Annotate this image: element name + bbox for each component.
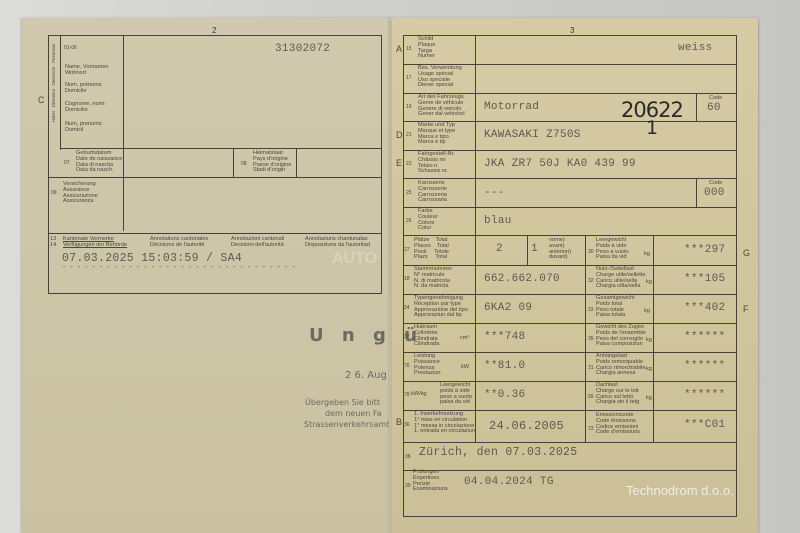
row-25-number: 25 xyxy=(406,190,412,196)
field-32-number: 32 xyxy=(588,278,594,284)
side-marker-f: F xyxy=(743,304,749,314)
power-weight-value: **0.36 xyxy=(484,389,525,401)
field-31-number: 31 xyxy=(588,365,594,371)
plate-label: Schild Plaque Targa Numer xyxy=(418,37,435,60)
vehicle-type-value: Motorrad xyxy=(484,101,539,113)
total-weight-label: Gesamtgewicht Poids total Peso totale Pa… xyxy=(596,296,635,319)
payload-unit: kg xyxy=(646,279,652,285)
color-label: Farbe Couleur Colore Colur xyxy=(418,209,438,232)
field-78-number: 78 xyxy=(404,392,410,398)
emission-code-label: Emissionscode Code émissions Codice emis… xyxy=(596,413,640,436)
field-13-14-number: 13 14 xyxy=(50,237,56,249)
power-weight-label: Leergewicht poids à vide peso a vuoto pa… xyxy=(440,383,472,406)
field-24-number: 24 xyxy=(404,305,410,311)
ghost-watermark: AUTO xyxy=(332,250,377,268)
divider xyxy=(403,442,737,443)
front-seats-label: vorne) avant) anteriori) davant) xyxy=(549,238,571,261)
birthdate-label: Geburtsdatum Date de naissance Data di n… xyxy=(76,151,122,174)
divider xyxy=(403,235,737,236)
invalid-stamp-line3: Strassenverkehrsamt xyxy=(304,420,389,429)
vehicle-type-label: Art des Fahrzeugs Genre de véhicule Gene… xyxy=(418,95,465,118)
field-01-06-value: 31302072 xyxy=(275,43,330,55)
handwritten-mark: 1 xyxy=(646,117,658,139)
dashed-line: - - - - - - - - - - - - - - - - - - - - … xyxy=(62,264,295,272)
payload-label: Nutz-/Sattellast Charge utile/sellette C… xyxy=(596,267,645,290)
empty-weight-label: Leergewicht Poids à vide Peso a vuoto Pa… xyxy=(596,238,629,261)
vehicle-type-code-label: Code xyxy=(709,96,722,102)
row-17-number: 17 xyxy=(406,75,412,81)
train-weight-label: Gewicht des Zuges Poids de l'ensemble Pe… xyxy=(596,325,646,348)
emission-code-value: ***C01 xyxy=(684,419,725,431)
field-08-number: 08 xyxy=(241,161,247,167)
side-marker-b: B xyxy=(396,417,402,427)
power-value: **81.0 xyxy=(484,360,525,372)
place-date-value: Zürich, den 07.03.2025 xyxy=(419,446,577,459)
displacement-label: Hubraum Cylindrée Cilindrata Cilindrada xyxy=(414,325,439,348)
invalid-stamp-date: 2 6. Aug xyxy=(345,370,387,381)
field-07-number: 07 xyxy=(64,160,70,166)
code-divider xyxy=(696,93,697,121)
chassis-value: JKA ZR7 50J KA0 439 99 xyxy=(484,158,636,170)
code-divider xyxy=(696,178,697,207)
field-76-number: 76 xyxy=(404,363,410,369)
chassis-label: Fahrgestell-Nr. Châssis no Telaio n. Sch… xyxy=(418,152,455,175)
displacement-unit: cm³ xyxy=(460,335,469,341)
side-marker-g: G xyxy=(743,248,750,258)
color-value: blau xyxy=(484,215,512,227)
divider xyxy=(403,352,737,353)
invalid-stamp-line1: Übergeben Sie bitt xyxy=(305,398,380,407)
divider xyxy=(233,148,234,177)
divider xyxy=(48,177,382,178)
side-marker-c: C xyxy=(38,95,45,105)
field-27-number: 27 xyxy=(404,247,410,253)
cantonal-label-fr: Annotations cantonales Décisions de l'au… xyxy=(150,237,208,249)
roof-load-unit: kg xyxy=(646,395,652,401)
field-01-06-label: 01-06 xyxy=(64,45,77,51)
field-33-number: 33 xyxy=(588,307,594,313)
vehicle-type-code: 60 xyxy=(707,102,721,114)
first-registration-label: 1. Inverkehrsetzung 1° mise en circulati… xyxy=(414,412,475,435)
train-weight-unit: kg xyxy=(646,337,652,343)
empty-weight-value: ***297 xyxy=(684,244,725,256)
make-model-value: KAWASAKI Z750S xyxy=(484,129,581,141)
towing-load-unit: kg xyxy=(646,366,652,372)
power-unit: kW xyxy=(461,364,469,370)
field-18-number: 18 xyxy=(404,276,410,282)
power-weight-unit: kW/kg xyxy=(411,391,427,397)
field-39-number: 39 xyxy=(405,483,411,489)
row-21-number: 21 xyxy=(406,132,412,138)
total-weight-value: ***402 xyxy=(684,302,725,314)
divider xyxy=(60,148,382,149)
front-seats-value: 1 xyxy=(531,243,538,255)
field-35-number: 35 xyxy=(588,336,594,342)
inspection-label: Prüfungen Expertises Perizie Examinaziun… xyxy=(413,470,448,493)
roof-load-value: ****** xyxy=(684,389,725,401)
payload-value: ***105 xyxy=(684,273,725,285)
matriculation-label: Stammnummer N° matricule N. di matricola… xyxy=(414,267,452,290)
column-number-2: 2 xyxy=(212,26,216,35)
side-marker-e: E xyxy=(396,158,402,168)
holder-label-cognome: Cognome, nomi Domicilio xyxy=(65,102,105,114)
cantonal-label-it: Annotazioni cantonali Decisioni dell'aut… xyxy=(231,237,284,249)
body-value: --- xyxy=(484,187,505,199)
inspection-value: 04.04.2024 TG xyxy=(464,476,554,488)
label-column-divider xyxy=(123,35,124,231)
cantonal-label-rm: Annotaziuns chantunalas Disposiziuns da … xyxy=(305,237,370,249)
invalid-stamp-line2: dem neuen Fa xyxy=(325,409,382,418)
holder-label-nom: Nom, prénoms Domicile xyxy=(65,83,102,95)
empty-weight-unit: kg xyxy=(644,251,650,257)
field-09-number: 09 xyxy=(51,190,57,196)
make-model-label: Marke und Typ Marque et type Marca e tip… xyxy=(418,123,455,146)
divider xyxy=(403,265,737,266)
divider xyxy=(403,470,737,471)
column-number-3: 3 xyxy=(570,26,574,35)
insurance-label: Versicherung Assurance Assicurazione Ass… xyxy=(63,182,98,205)
holder-label-name: Name, Vornamen Wohnort xyxy=(65,65,109,77)
seats-label: Plätze Total Places Total Posti Totale P… xyxy=(414,238,449,261)
side-marker-a: A xyxy=(396,44,402,54)
special-use-label: Bes. Verwendung Usage spécial Uso specia… xyxy=(418,66,462,89)
field-37-number: 37 xyxy=(404,334,410,340)
body-code-label: Code xyxy=(709,181,722,187)
field-72-number: 72 xyxy=(588,426,594,432)
towing-load-label: Anhängelast Poids remorquable Carico rim… xyxy=(596,354,645,377)
divider xyxy=(296,148,297,177)
grid-divider xyxy=(527,235,528,265)
type-approval-label: Typengenehmigung Réception par type Appr… xyxy=(414,296,468,319)
holder-vertical-label: Halter · Détenteur · Detentore · Possess… xyxy=(51,43,57,122)
body-code: 000 xyxy=(704,187,725,199)
towing-load-value: ****** xyxy=(684,360,725,372)
cantonal-label-de: Kantonale Vermerke Verfügungen der Behör… xyxy=(63,237,127,249)
matriculation-value: 662.662.070 xyxy=(484,273,560,285)
seats-value: 2 xyxy=(496,243,503,255)
row-23-number: 23 xyxy=(406,161,412,167)
total-weight-unit: kg xyxy=(644,308,650,314)
first-registration-value: 24.06.2005 xyxy=(489,419,564,433)
roof-load-label: Dachlast Charge sur le toit Carico sul t… xyxy=(596,383,639,406)
body-label: Karosserie Carrosserie Carrozzeria Carro… xyxy=(418,181,447,204)
field-30-number: 30 xyxy=(588,249,594,255)
field-55-number: 55 xyxy=(588,394,594,400)
type-approval-value: 6KA2 09 xyxy=(484,302,532,314)
origin-label: Heimatstaat Pays d'origine Paese d'origi… xyxy=(253,151,291,174)
holder-label-num: Num, prenums Domicil xyxy=(65,122,102,134)
row-19-number: 19 xyxy=(406,104,412,110)
holder-label-divider xyxy=(60,35,61,150)
divider xyxy=(403,178,737,179)
field-38-number: 38 xyxy=(405,454,411,460)
label-column-divider xyxy=(475,35,476,235)
row-15-number: 15 xyxy=(406,46,412,52)
displacement-value: ***748 xyxy=(484,331,525,343)
row-26-number: 26 xyxy=(406,218,412,224)
divider xyxy=(403,323,737,324)
watermark: Technodrom d.o.o. xyxy=(626,483,734,498)
divider xyxy=(48,233,382,234)
side-marker-d: D xyxy=(396,130,403,140)
power-label: Leistung Puissance Potenza Prestaziun xyxy=(414,354,440,377)
field-36-number: 36 xyxy=(404,422,410,428)
divider xyxy=(403,207,737,208)
train-weight-value: ****** xyxy=(684,331,725,343)
plate-value: weiss xyxy=(678,42,713,54)
